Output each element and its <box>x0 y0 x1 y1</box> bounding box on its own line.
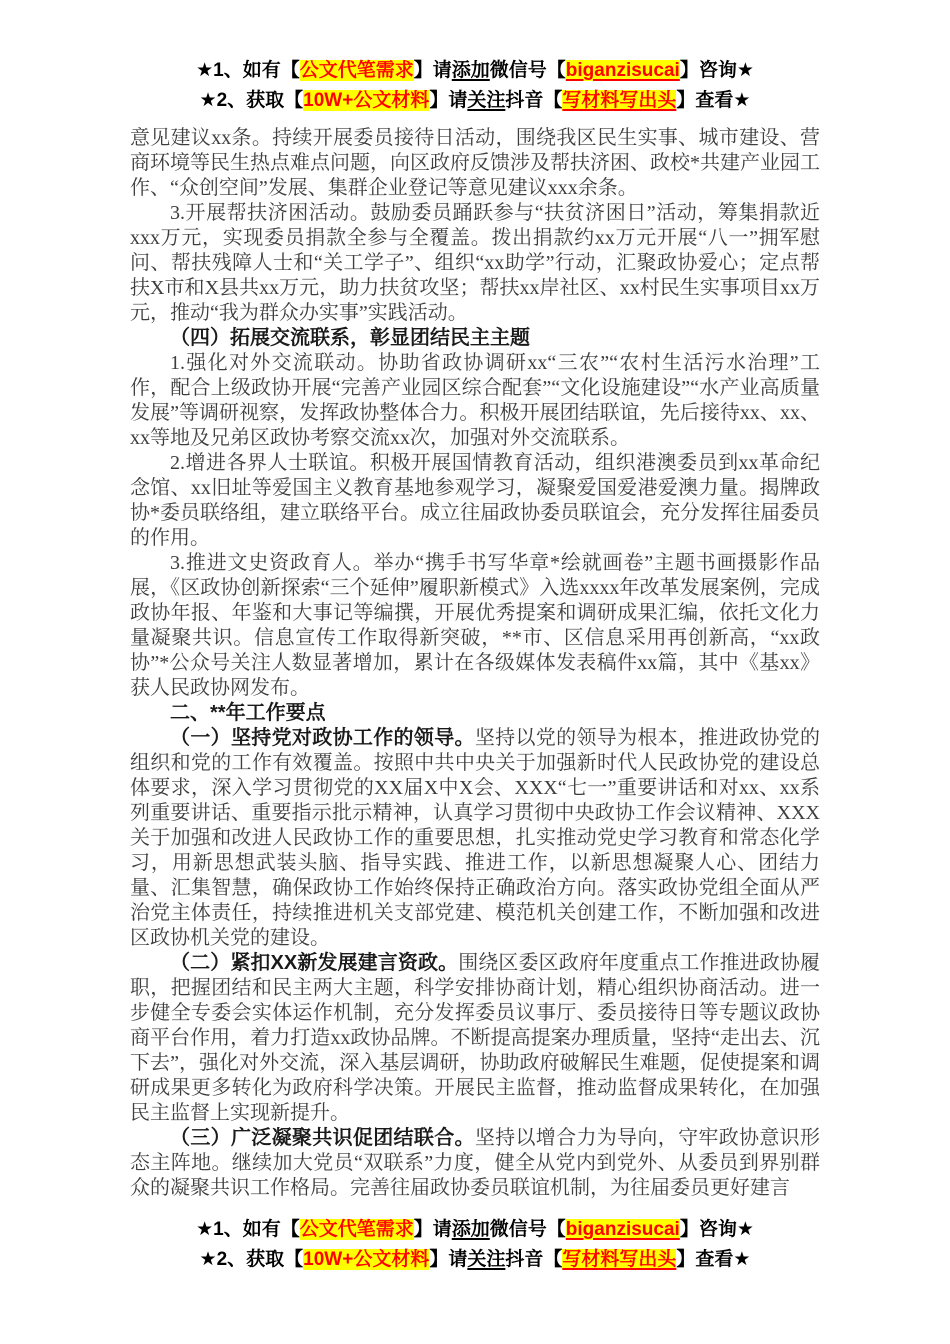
promo-text: 微信号【 <box>490 60 566 81</box>
paragraph: （一）坚持党对政协工作的领导。坚持以党的领导为根本，推进政协党的组织和党的工作有… <box>130 726 820 951</box>
paragraph-lead: （二）紧扣XX新发展建言资政。 <box>170 952 458 974</box>
paragraph: （二）紧扣XX新发展建言资政。围绕区委区政府年度重点工作推进政协履职，把握团结和… <box>130 951 820 1126</box>
document-body: 意见建议xx条。持续开展委员接待日活动，围绕我区民生实事、城市建设、营商环境等民… <box>130 126 820 1201</box>
promo-banner-header: ★1、如有【公文代笔需求】请添加微信号【biganzisucai】咨询★★2、获… <box>0 0 950 116</box>
promo-highlight-text: 写材料写出头 <box>562 1249 676 1270</box>
promo-highlight-text: biganzisucai <box>566 60 680 81</box>
promo-highlight-text: biganzisucai <box>566 1219 680 1240</box>
promo-text: 关注 <box>467 1249 505 1270</box>
paragraph: （三）广泛凝聚共识促团结联合。坚持以增合力为导向，守牢政协意识形态主阵地。继续加… <box>130 1126 820 1201</box>
promo-text: 抖音【 <box>505 90 562 111</box>
promo-highlight-text: 10W+公文材料 <box>303 1249 429 1270</box>
paragraph: 2.增进各界人士联谊。积极开展国情教育活动，组织港澳委员到xx革命纪念馆、xx旧… <box>130 451 820 551</box>
paragraph-text: 围绕区委区政府年度重点工作推进政协履职，把握团结和民主两大主题，科学安排协商计划… <box>130 952 820 1124</box>
section-heading: （四）拓展交流联系，彰显团结民主主题 <box>130 326 820 351</box>
promo-text: 】请 <box>429 90 467 111</box>
promo-line-2: ★2、获取【10W+公文材料】请关注抖音【写材料写出头】查看★ <box>0 1245 950 1275</box>
promo-text: 微信号【 <box>490 1219 566 1240</box>
promo-highlight-text: 公文代笔需求 <box>300 60 414 81</box>
promo-text: ★2、获取【 <box>200 1249 304 1270</box>
promo-text: 】咨询★ <box>680 60 754 81</box>
section-heading: 二、**年工作要点 <box>130 701 820 726</box>
promo-text: 关注 <box>467 90 505 111</box>
document-page: ★1、如有【公文代笔需求】请添加微信号【biganzisucai】咨询★★2、获… <box>0 0 950 1344</box>
promo-text: 添加 <box>452 1219 490 1240</box>
promo-text: 】请 <box>414 60 452 81</box>
promo-text: 】查看★ <box>676 1249 750 1270</box>
paragraph-text: 坚持以党的领导为根本，推进政协党的组织和党的工作有效覆盖。按照中共中央关于加强新… <box>130 727 820 949</box>
promo-line-1: ★1、如有【公文代笔需求】请添加微信号【biganzisucai】咨询★ <box>0 1215 950 1245</box>
promo-text: 抖音【 <box>505 1249 562 1270</box>
promo-text: 】查看★ <box>676 90 750 111</box>
promo-highlight-text: 写材料写出头 <box>562 90 676 111</box>
promo-line-1: ★1、如有【公文代笔需求】请添加微信号【biganzisucai】咨询★ <box>0 56 950 86</box>
promo-banner-footer: ★1、如有【公文代笔需求】请添加微信号【biganzisucai】咨询★★2、获… <box>0 1215 950 1275</box>
promo-text: ★1、如有【 <box>196 60 300 81</box>
promo-highlight-text: 10W+公文材料 <box>303 90 429 111</box>
promo-text: ★2、获取【 <box>200 90 304 111</box>
paragraph-lead: （一）坚持党对政协工作的领导。 <box>170 727 475 749</box>
promo-highlight-text: 公文代笔需求 <box>300 1219 414 1240</box>
promo-line-2: ★2、获取【10W+公文材料】请关注抖音【写材料写出头】查看★ <box>0 86 950 116</box>
promo-text: ★1、如有【 <box>196 1219 300 1240</box>
promo-text: 】咨询★ <box>680 1219 754 1240</box>
paragraph: 3.开展帮扶济困活动。鼓励委员踊跃参与“扶贫济困日”活动，筹集捐款近xxx万元，… <box>130 201 820 326</box>
paragraph-lead: （三）广泛凝聚共识促团结联合。 <box>170 1127 475 1149</box>
paragraph: 3.推进文史资政育人。举办“携手书写华章*绘就画卷”主题书画摄影作品展，《区政协… <box>130 551 820 701</box>
promo-text: 】请 <box>429 1249 467 1270</box>
paragraph: 1.强化对外交流联动。协助省政协调研xx“三农”“农村生活污水治理”工作，配合上… <box>130 351 820 451</box>
promo-text: 】请 <box>414 1219 452 1240</box>
promo-text: 添加 <box>452 60 490 81</box>
paragraph: 意见建议xx条。持续开展委员接待日活动，围绕我区民生实事、城市建设、营商环境等民… <box>130 126 820 201</box>
